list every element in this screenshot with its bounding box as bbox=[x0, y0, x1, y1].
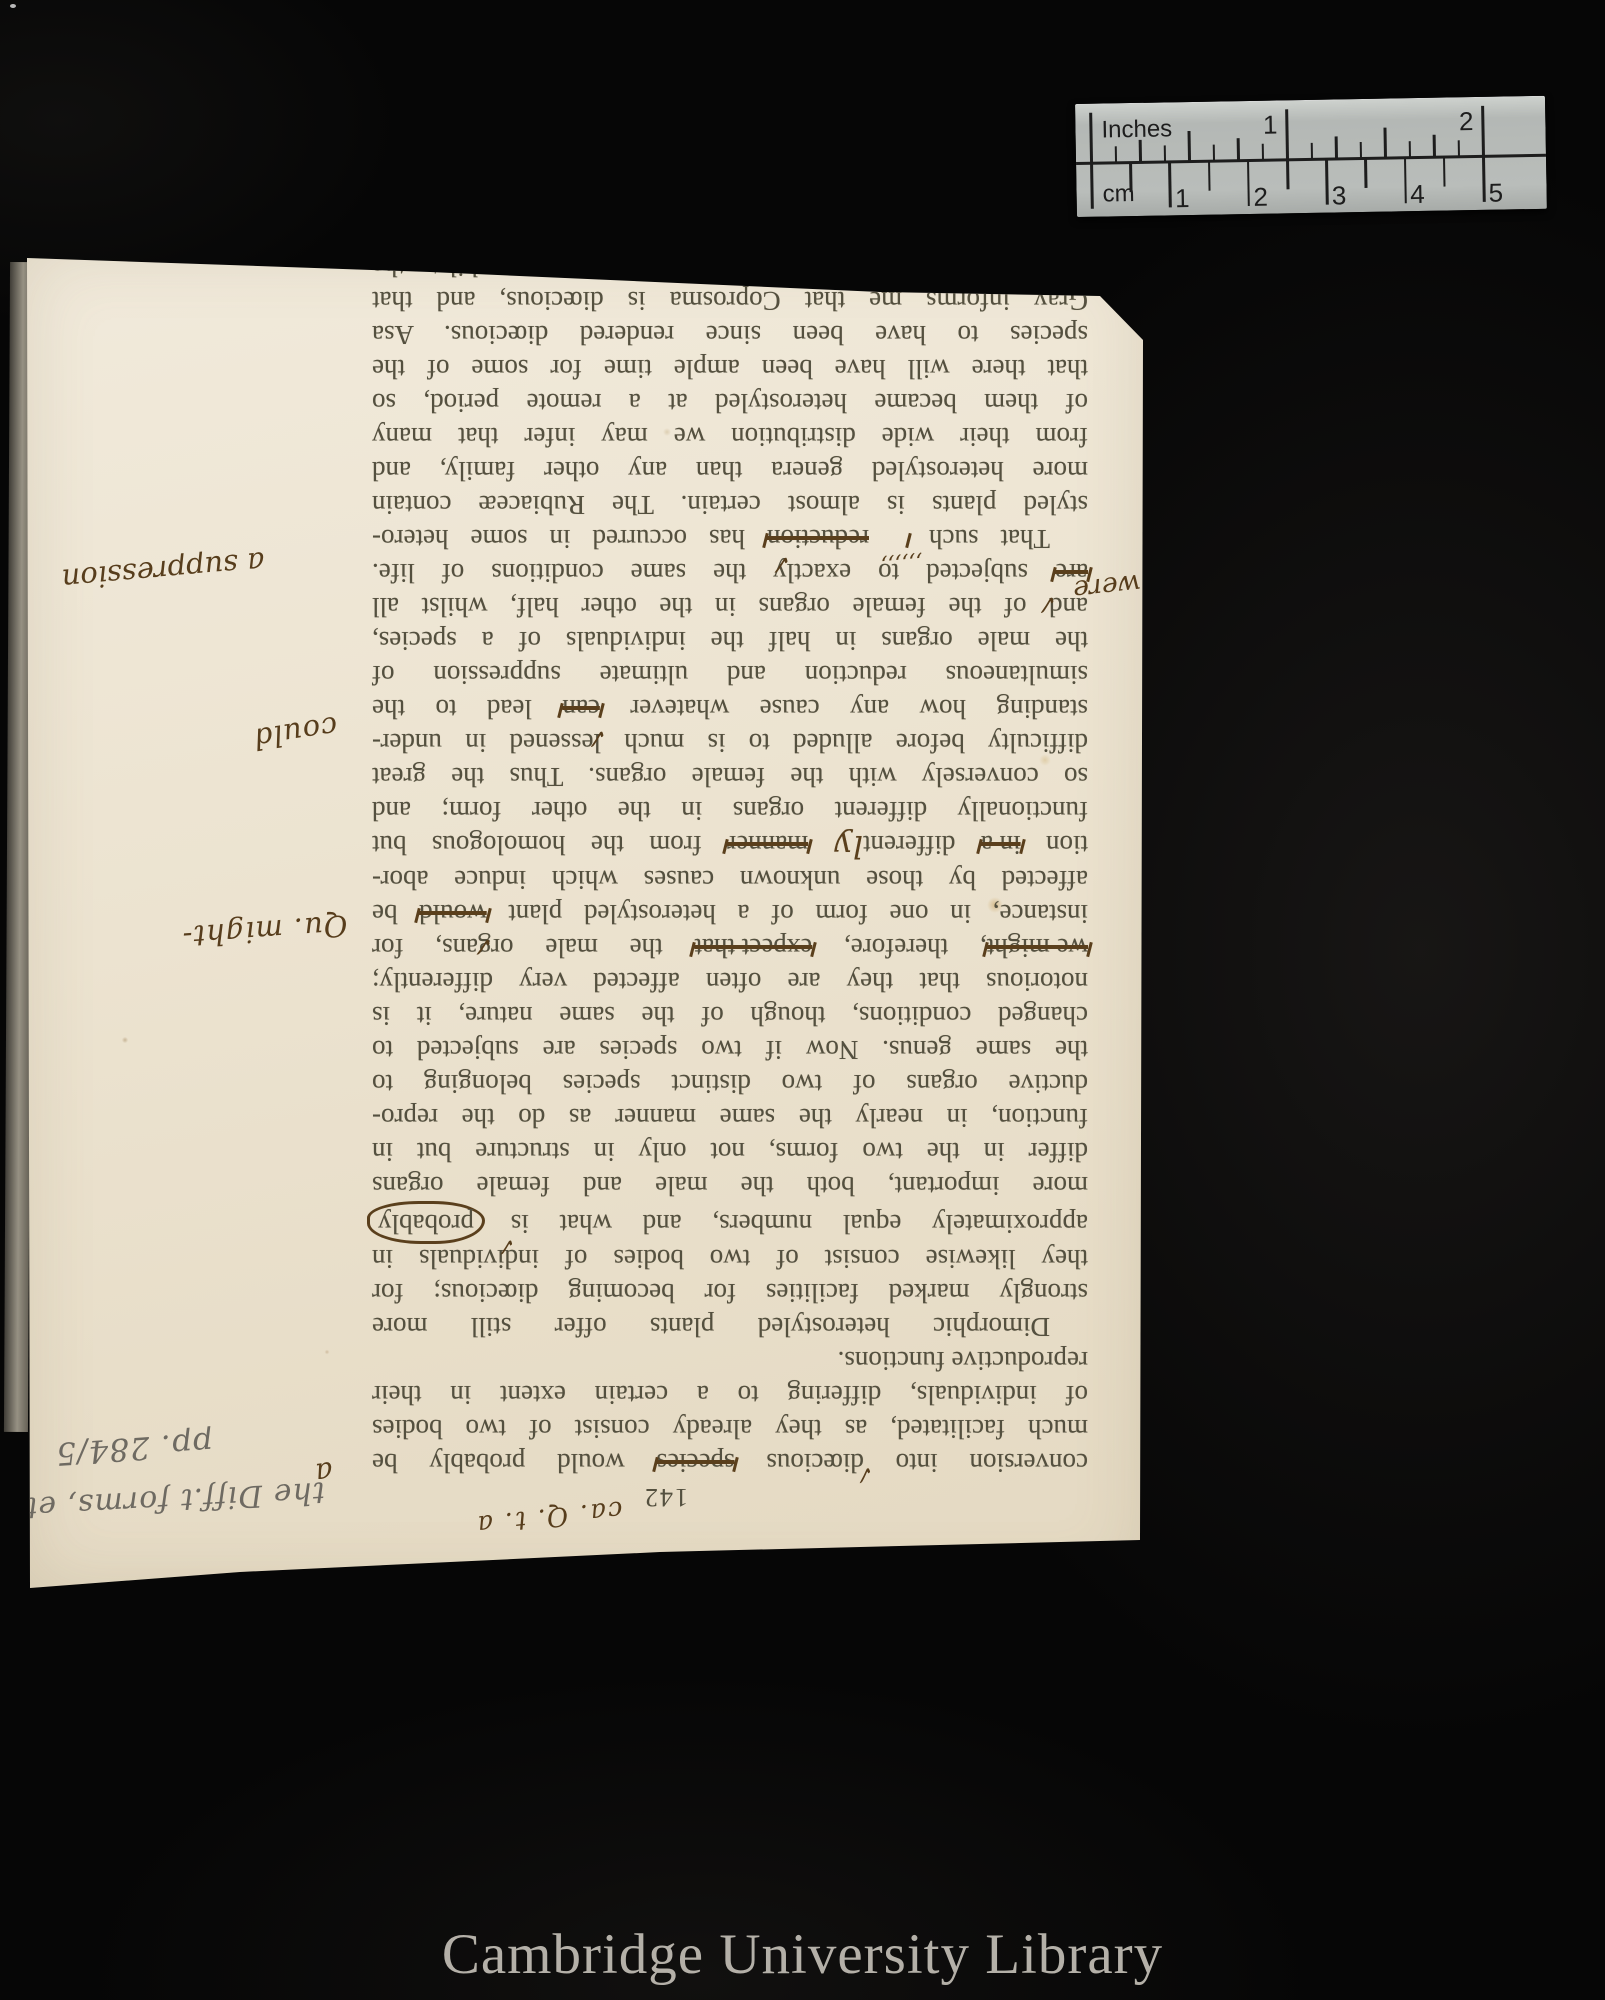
manuscript-page: the Diff.t forms, etc. pp. 284/5 142 ca.… bbox=[27, 252, 1143, 1588]
print-line: ductive organs of two distinct species b… bbox=[372, 1067, 1088, 1101]
print-line: approximately equal numbers, and what is… bbox=[372, 1203, 1088, 1242]
print-line: differ in the two forms, not only in str… bbox=[372, 1135, 1088, 1169]
margin-note-a-suppression: a suppression bbox=[60, 545, 266, 597]
print-line: the same genus. Now if two species are s… bbox=[372, 1033, 1088, 1067]
print-line: more important, both the male and female… bbox=[372, 1169, 1088, 1203]
print-line: much facilitated, as they already consis… bbox=[372, 1412, 1088, 1446]
header-ink-note: ca. Q. t. a bbox=[474, 1494, 624, 1539]
ruler-cm-number: 3 bbox=[1332, 180, 1347, 211]
print-line: so conversely with the female organs. Th… bbox=[372, 760, 1088, 794]
scribble-over-reduction-mark: ‚‚‚‚‚‚ bbox=[880, 550, 924, 576]
print-line: Gray informs me that Coprosma is diœciou… bbox=[372, 284, 1088, 318]
print-line: styled plants is almost certain. The Rub… bbox=[372, 488, 1088, 522]
library-watermark: Cambridge University Library bbox=[0, 1922, 1605, 1987]
margin-note-were: were bbox=[1072, 568, 1143, 606]
dust-speck bbox=[10, 4, 16, 8]
caret-after-reduction-mark: ✓ bbox=[771, 550, 795, 577]
ruler-cm-number: 5 bbox=[1488, 178, 1503, 209]
print-line: more heterostyled genera than any other … bbox=[372, 454, 1088, 488]
print-line: standing how any cause whatever can lead… bbox=[372, 692, 1088, 726]
print-line: they likewise consist of two bodies of i… bbox=[372, 1242, 1088, 1276]
print-line: are subjected to exactly the same condit… bbox=[372, 556, 1088, 590]
ruler-inch-number: 1 bbox=[1263, 109, 1278, 140]
body-text: conversion into diœcious species would p… bbox=[372, 250, 1088, 1480]
measurement-ruler: Inches cm 1212345 bbox=[1075, 96, 1547, 217]
print-line: and of the female organs in the other ha… bbox=[372, 590, 1088, 624]
ruler-inch-number: 2 bbox=[1459, 106, 1474, 137]
print-line: difficulty before alluded to is much les… bbox=[372, 726, 1088, 760]
print-line: the male organs in half the individuals … bbox=[372, 624, 1088, 658]
margin-note-query: Qu. might- bbox=[181, 908, 349, 954]
print-line: affected by those unknown causes which i… bbox=[372, 863, 1088, 897]
print-line: conversion into diœcious species would p… bbox=[372, 1446, 1088, 1480]
pencil-note-pages: pp. 284/5 bbox=[54, 1425, 214, 1472]
ruler-cm-number: 2 bbox=[1253, 182, 1268, 213]
print-line: functionally different organs in the oth… bbox=[372, 794, 1088, 828]
print-line: of them became heterostyled at a remote … bbox=[372, 386, 1088, 420]
page-content-rotated: the Diff.t forms, etc. pp. 284/5 142 ca.… bbox=[27, 252, 1143, 1588]
print-line: reproductive functions. bbox=[372, 1344, 1088, 1378]
print-line: tion in a differently manner from the ho… bbox=[372, 828, 1088, 863]
print-line: Dimorphic heterostyled plants offer stil… bbox=[372, 1310, 1088, 1344]
print-line: changed conditions, though of the same n… bbox=[372, 999, 1088, 1033]
page-number: 142 bbox=[643, 1482, 688, 1512]
ruler-inches-label: Inches bbox=[1101, 115, 1172, 144]
ruler-ticks: 1212345 bbox=[1075, 97, 1545, 105]
ruler-cm-number: 1 bbox=[1175, 183, 1190, 214]
print-line: that there will have been ample time for… bbox=[372, 352, 1088, 386]
print-line: instance, in one form of a heterostyled … bbox=[372, 897, 1088, 931]
caret-above-would-mark: ✓ bbox=[473, 932, 497, 959]
print-line: its near ally Nertera is likewise diœcio… bbox=[372, 250, 1088, 284]
ruler-cm-number: 4 bbox=[1410, 179, 1425, 210]
print-line: from their wide distribution we may infe… bbox=[372, 420, 1088, 454]
margin-note-could: could bbox=[251, 710, 340, 757]
print-line: strongly marked facilities for becoming … bbox=[372, 1276, 1088, 1310]
print-line: notorious that they are often affected v… bbox=[372, 965, 1088, 999]
margin-note-insert-a: a bbox=[313, 1455, 335, 1491]
photo-backdrop: Inches cm 1212345 the Diff.t forms, etc.… bbox=[0, 0, 1605, 2000]
print-line: of individuals, differing to a certain e… bbox=[372, 1378, 1088, 1412]
print-line: function, in nearly the same manner as d… bbox=[372, 1101, 1088, 1135]
pencil-note-title: the Diff.t forms, etc. bbox=[0, 1474, 326, 1526]
print-line: simultaneous reduction and ultimate supp… bbox=[372, 658, 1088, 692]
print-line: That such reduction has occurred in some… bbox=[372, 522, 1088, 556]
print-line: species to have been since rendered diœc… bbox=[372, 318, 1088, 352]
